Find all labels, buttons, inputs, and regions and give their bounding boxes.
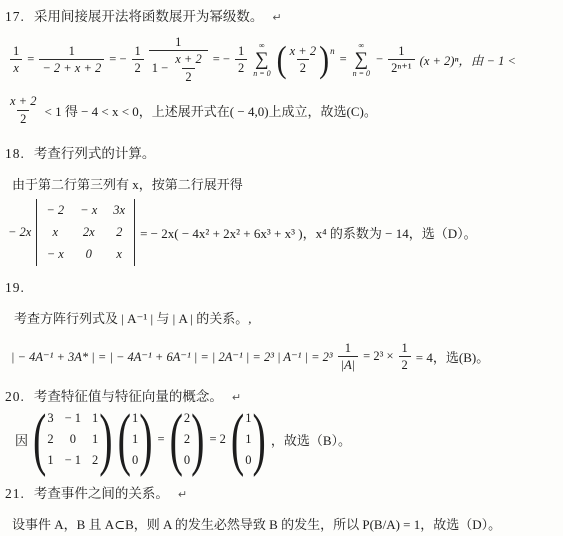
det-cell: 0 xyxy=(86,247,92,262)
left-paren: ( xyxy=(33,404,46,474)
coefficient: − 2x xyxy=(8,225,31,240)
column-vector: 1 1 0 xyxy=(244,409,252,470)
equals-minus: = − xyxy=(213,52,230,67)
return-mark-icon: ↵ xyxy=(178,488,187,501)
lead-character: 因 xyxy=(15,430,28,449)
column-vector: 1 1 0 xyxy=(131,409,139,470)
vector-cell: 0 xyxy=(184,453,190,468)
left-paren: ( xyxy=(277,41,287,79)
exponent-n: n xyxy=(330,46,335,56)
problem-18-number: 18. xyxy=(5,146,25,162)
matrix-cell: 3 xyxy=(47,411,53,426)
conclusion-text: < 1 得 − 4 < x < 0，上述展开式在( − 4,0)上成立，故选(C… xyxy=(44,101,376,120)
equals-2-coefficient: = 2 xyxy=(209,432,225,447)
fraction-x-plus-2-over-2: x + 2 2 xyxy=(287,44,319,76)
problem-19-heading: 考查方阵行列式及 | A⁻¹ | 与 | A | 的关系。, xyxy=(14,308,559,327)
problem-17-heading: 采用间接展开法将函数展开为幂级数。 xyxy=(34,5,264,25)
column-vector: 2 2 0 xyxy=(183,409,191,470)
nested-fraction: 1 1 − x + 2 2 xyxy=(149,35,208,84)
minus-sign: − xyxy=(376,52,383,67)
equals-minus: = − xyxy=(109,52,126,67)
fraction-1-over-sum: 1 − 2 + x + 2 xyxy=(39,44,104,76)
left-paren: ( xyxy=(118,404,131,474)
problem-19-number: 19. xyxy=(5,280,25,296)
problem-20-heading-row: 20. 考查特征值与特征向量的概念。 ↵ xyxy=(5,385,559,405)
vector-cell: 2 xyxy=(184,432,190,447)
matrix-cell: 1 xyxy=(92,411,98,426)
problem-18-heading: 考查行列式的计算。 xyxy=(34,142,156,162)
det-cell: − x xyxy=(47,247,64,262)
right-paren: ) xyxy=(191,404,204,474)
det-cell: 3x xyxy=(113,203,125,218)
conclusion-text: = 4，选(B)。 xyxy=(416,347,489,366)
problem-21-body: 设事件 A，B 且 A⊂B，则 A 的发生必然导致 B 的发生，所以 P(B/A… xyxy=(12,514,559,533)
problem-18-intro: 由于第二行第三列有 x，按第二行展开得 xyxy=(12,174,559,193)
fraction-one-half: 1 2 xyxy=(235,44,247,76)
problem-21-heading-row: 21. 考查事件之间的关系。 ↵ xyxy=(5,482,559,502)
det-cell: − 2 xyxy=(46,203,64,218)
right-paren: ) xyxy=(319,41,329,79)
det-cell: x xyxy=(52,225,58,240)
summation-symbol: ∞ ∑ n = 0 xyxy=(253,42,270,78)
problem-20-number: 20. xyxy=(5,389,25,405)
vector-cell: 1 xyxy=(132,432,138,447)
matrix-3x3: 3 − 1 1 2 0 1 1 − 1 2 xyxy=(46,409,99,470)
vector-cell: 1 xyxy=(245,411,251,426)
matrix-cell: − 1 xyxy=(65,411,81,426)
problem-19-number-row: 19. xyxy=(5,280,559,296)
fraction-one-half: 1 2 xyxy=(132,44,144,76)
matrix-cell: 0 xyxy=(70,432,76,447)
summation-symbol: ∞ ∑ n = 0 xyxy=(353,42,370,78)
scanned-solutions-page: 17. 采用间接展开法将函数展开为幂级数。 ↵ 1 x = 1 − 2 + x … xyxy=(0,0,563,536)
problem-17-formula-line2: x + 2 2 < 1 得 − 4 < x < 0，上述展开式在( − 4,0)… xyxy=(7,94,559,126)
conclusion-text: ，故选（B）。 xyxy=(271,430,351,449)
expansion-result: = − 2x( − 4x² + 2x² + 6x³ + x³ )，x⁴ 的系数为… xyxy=(140,223,477,242)
fraction-1-over-detA: 1 |A| xyxy=(338,341,359,373)
problem-21-number: 21. xyxy=(5,486,25,502)
vector-cell: 0 xyxy=(132,453,138,468)
problem-19-formula: | − 4A⁻¹ + 3A* | = | − 4A⁻¹ + 6A⁻¹ | = |… xyxy=(11,341,559,373)
fraction-1-over-x: 1 x xyxy=(10,44,22,76)
problem-18-heading-row: 18. 考查行列式的计算。 xyxy=(5,142,559,162)
problem-18-formula: − 2x − 2 − x 3x x 2x 2 − x 0 x = − 2x( −… xyxy=(8,199,559,266)
vector-cell: 0 xyxy=(245,453,251,468)
nested-denominator: 1 − x + 2 2 xyxy=(149,50,208,84)
inner-fraction: x + 2 2 xyxy=(172,52,204,84)
return-mark-icon: ↵ xyxy=(272,11,281,24)
nested-denominator-row: 1 − x + 2 2 xyxy=(152,52,205,84)
sum-sigma: ∑ xyxy=(255,51,269,69)
problem-21-heading: 考查事件之间的关系。 xyxy=(34,482,169,502)
vector-cell: 2 xyxy=(184,411,190,426)
equals-sign: = xyxy=(158,432,165,447)
matrix-cell: − 1 xyxy=(65,453,81,468)
sum-sigma: ∑ xyxy=(355,51,369,69)
equals-2cubed-times: = 2³ × xyxy=(363,349,393,364)
equals-sign: = xyxy=(27,52,34,67)
matrix-cell: 2 xyxy=(92,453,98,468)
matrix-cell: 1 xyxy=(92,432,98,447)
fraction-1-over-2-power: 1 2ⁿ⁺¹ xyxy=(388,44,415,76)
problem-17-formula-line1: 1 x = 1 − 2 + x + 2 = − 1 2 1 1 − x + 2 … xyxy=(10,35,559,84)
vector-group: ( 1 1 0 ) xyxy=(118,409,153,470)
matrix-cell: 1 xyxy=(47,453,53,468)
vector-cell: 1 xyxy=(245,432,251,447)
fraction-x-plus-2-over-2: x + 2 2 xyxy=(7,94,39,126)
det-cell: − x xyxy=(80,203,97,218)
vector-group: ( 2 2 0 ) xyxy=(170,409,205,470)
right-paren: ) xyxy=(253,404,266,474)
det-cell: x xyxy=(116,247,122,262)
vector-cell: 1 xyxy=(132,411,138,426)
one-minus-text: 1 − xyxy=(152,61,168,75)
problem-17-number: 17. xyxy=(5,9,25,25)
determinant-3x3: − 2 − x 3x x 2x 2 − x 0 x xyxy=(36,199,135,266)
right-paren: ) xyxy=(99,404,112,474)
vector-group: ( 1 1 0 ) xyxy=(231,409,266,470)
sum-lower-limit: n = 0 xyxy=(353,70,370,78)
right-paren: ) xyxy=(139,404,152,474)
problem-17-heading-row: 17. 采用间接展开法将函数展开为幂级数。 ↵ xyxy=(5,5,559,25)
sum-lower-limit: n = 0 xyxy=(253,70,270,78)
fraction-one-half: 1 2 xyxy=(399,341,411,373)
formula-tail: (x + 2)ⁿ，由 − 1 < xyxy=(420,51,516,69)
problem-20-formula: 因 ( 3 − 1 1 2 0 1 1 − 1 2 ) ( 1 1 0 ) xyxy=(15,409,559,470)
matrix-3x3-group: ( 3 − 1 1 2 0 1 1 − 1 2 ) xyxy=(33,409,113,470)
left-paren: ( xyxy=(170,404,183,474)
det-cell: 2 xyxy=(116,225,122,240)
equals-sign: = xyxy=(340,52,347,67)
matrix-cell: 2 xyxy=(47,432,53,447)
left-paren: ( xyxy=(231,404,244,474)
determinant-chain: | − 4A⁻¹ + 3A* | = | − 4A⁻¹ + 6A⁻¹ | = |… xyxy=(11,349,333,365)
det-cell: 2x xyxy=(83,225,95,240)
parenthesized-fraction-power-n: ( x + 2 2 ) n xyxy=(277,44,335,76)
